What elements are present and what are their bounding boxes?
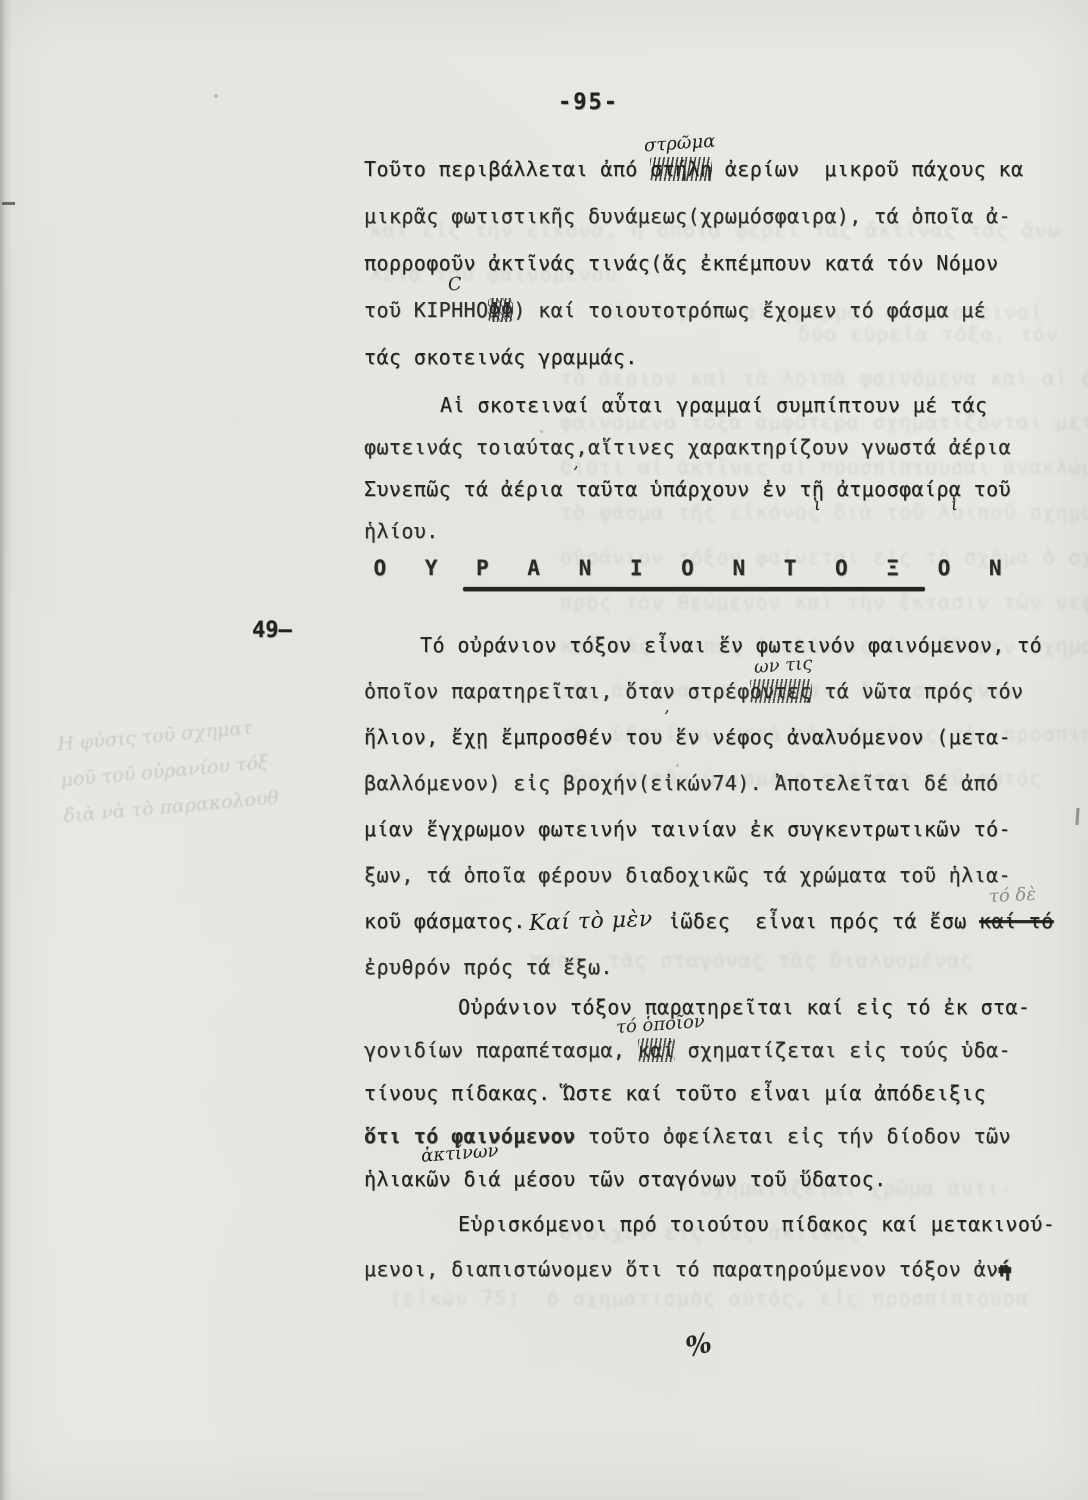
typed-line: ὁποῖον παρατηρεῖται, ὅταν, στρέφοντεςων … bbox=[364, 668, 1084, 714]
typed-text-segment: Εὑρισκόμενοι πρό τοιούτου πίδακος καί με… bbox=[458, 1212, 1055, 1236]
handwritten-annotation: τό ὁποῖον bbox=[615, 1013, 705, 1037]
typed-line: Συνεπῶς τά ἀέρια ταῦτα ὑπάρχουν ἐν τῇι ἀ… bbox=[364, 468, 1084, 510]
typed-line: Τοῦτο περιβάλλεται ἀπό στήληστρῶμα ἀερίω… bbox=[364, 146, 1084, 193]
typed-text-segment: μενοι, διαπιστώνομεν ὅτι τό παρατηρούμεν… bbox=[364, 1257, 999, 1281]
typed-line: ἥλιον, ἔχῃ ἔμπροσθέν του ἕν νέφος ἀναλυό… bbox=[364, 714, 1084, 760]
typed-text-segment: μικρᾶς φωτιστικῆς δυνάμεως(χρωμόσφαιρα),… bbox=[364, 204, 1011, 228]
paragraph-number: 49— bbox=[252, 618, 292, 643]
typed-text-segment: στήληστρῶμα bbox=[650, 157, 712, 181]
typed-line: Εὑρισκόμενοι πρό τοιούτου πίδακος καί με… bbox=[458, 1202, 1084, 1247]
typed-text-segment: ΦΦ bbox=[488, 298, 513, 322]
typed-text-segment: τίνους πίδακας. Ὥστε καί τοῦτο εἶναι μία… bbox=[364, 1081, 986, 1105]
typed-line: Οὐράνιον τόξον παρατηρεῖται καί εἰς τό ἐ… bbox=[458, 986, 1084, 1029]
typed-text-segment: διάἀκτίνων bbox=[451, 1167, 501, 1191]
typed-text-segment: μέσου τῶν σταγόνων τοῦ ὕδατος. bbox=[501, 1167, 887, 1191]
typed-text-segment: ) καί τοιουτοτρόπως ἔχομεν τό φάσμα μέ bbox=[513, 298, 986, 322]
typed-line: μικρᾶς φωτιστικῆς δυνάμεως(χρωμόσφαιρα),… bbox=[364, 193, 1084, 240]
typed-text-segment: φωτεινάς τοιαύτας bbox=[364, 435, 576, 459]
typed-line: μίαν ἔγχρωμον φωτεινήν ταινίαν ἐκ συγκεν… bbox=[364, 806, 1084, 852]
typed-line: βαλλόμενον) εἰς βροχήν(εἰκών74). Ἀποτελε… bbox=[364, 760, 1084, 806]
typed-text-segment: ᾳι bbox=[949, 477, 961, 501]
edge-tick-mark bbox=[2, 202, 15, 205]
typed-text-segment: στρέφ bbox=[675, 679, 750, 703]
typed-text-segment: Συνεπῶς τά ἀέρια ταῦτα ὑπάρχουν ἐν τ bbox=[364, 477, 812, 501]
typed-text-segment: ἀτμοσφαίρ bbox=[824, 477, 948, 501]
typed-text-segment: ἰῶδες εἶναι πρός τά ἔσω bbox=[656, 909, 979, 933]
typed-text-segment: καί τότό δὲ bbox=[979, 909, 1054, 933]
typed-line: Τό οὐράνιον τόξον εἶναι ἕν φωτεινόν φαιν… bbox=[420, 622, 1084, 668]
typed-text-segment: ῇι bbox=[812, 477, 824, 501]
typed-text-segment: αἵτινες χαρακτηρίζουν γνωστά ἀέρια bbox=[588, 435, 1011, 459]
typed-text-segment: καίτό ὁποῖον bbox=[638, 1038, 675, 1062]
typed-text-segment: γονιδίων παραπέτασμα, bbox=[364, 1038, 638, 1062]
typed-text-segment: Τό οὐράνιον τόξον εἶναι ἕν φωτεινόν φαιν… bbox=[420, 633, 1042, 657]
handwritten-annotation: στρῶμα bbox=[644, 133, 716, 156]
typed-text-segment: σχηματίζεται εἰς τούς ὑδα- bbox=[675, 1038, 1011, 1062]
typed-text-segment: ξων, τά ὁποῖα φέρουν διαδοχικῶς τά χρώμα… bbox=[364, 863, 1011, 887]
handwritten-insert: Καί τὸ μὲν bbox=[528, 897, 653, 947]
handwritten-annotation: , bbox=[572, 455, 579, 472]
typed-line: ἡλίου. bbox=[364, 510, 1084, 552]
typed-text-segment: τοῦτο ὀφείλεται εἰς τήν δίοδον τῶν bbox=[576, 1124, 1011, 1148]
page-left-edge-shadow bbox=[0, 0, 12, 1500]
typed-text-segment: ἀερίων μικροῦ πάχους κα bbox=[712, 157, 1023, 181]
typed-line: κοῦ φάσματος.Καί τὸ μὲν ἰῶδες εἶναι πρός… bbox=[364, 898, 1084, 944]
paper-speck bbox=[676, 764, 679, 767]
typed-text-segment: τά νῶτα πρός τόν bbox=[812, 679, 1024, 703]
handwritten-annotation: ων τις bbox=[753, 655, 813, 677]
typed-text-segment: οντεςων τις bbox=[750, 679, 812, 703]
paper-speck bbox=[214, 94, 218, 98]
typed-text-segment: μίαν ἔγχρωμον φωτεινήν ταινίαν ἐκ συγκεν… bbox=[364, 817, 1011, 841]
handwritten-annotation: , bbox=[663, 699, 670, 716]
bottom-handwritten-mark: % bbox=[683, 1327, 715, 1363]
typed-text-segment: τοῦ bbox=[364, 298, 414, 322]
section-heading-text: Ο Υ Ρ Α Ν Ι Ο Ν Τ Ο Ξ Ο Ν bbox=[373, 556, 1014, 580]
typed-text-segment: ὁποῖον παρατηρεῖται, ὅταν, bbox=[364, 679, 675, 703]
typed-text-segment: ,, bbox=[576, 435, 588, 459]
scanned-page: καὶ εἰς τὴν εἰκόνα, ἡ ὁποία φέρει τὰς ἀκ… bbox=[0, 0, 1088, 1500]
margin-pencil-note: Η φύσις τοῦ σχηματμοῦ τοῦ οὐρανίου τόξδι… bbox=[56, 698, 394, 834]
typed-line: ξων, τά ὁποῖα φέρουν διαδοχικῶς τά χρώμα… bbox=[364, 852, 1084, 898]
typed-line: μενοι, διαπιστώνομεν ὅτι τό παρατηρούμεν… bbox=[364, 1247, 1084, 1292]
typed-text-segment: τοῦ bbox=[961, 477, 1011, 501]
typed-text-segment: πορροφοῦν ἀκτῖνάς τινάς(ἅς ἐκπέμπουν κατ… bbox=[364, 251, 999, 275]
typed-line: Αἱ σκοτειναί αὗται γραμμαί συμπίπτουν μέ… bbox=[440, 384, 1084, 426]
paper-speck bbox=[540, 430, 543, 433]
handwritten-annotation: ἀκτίνων bbox=[421, 1142, 500, 1165]
typed-line: τάς σκοτεινάς γραμμάς. bbox=[364, 334, 1084, 381]
section-heading: Ο Υ Ρ Α Ν Ι Ο Ν Τ Ο Ξ Ο Ν bbox=[364, 556, 1024, 591]
typed-paragraph-observer: Εὑρισκόμενοι πρό τοιούτου πίδακος καί με… bbox=[364, 1202, 1084, 1292]
typed-text-segment: βαλλόμενον) εἰς βροχήν(εἰκών74). Ἀποτελε… bbox=[364, 771, 999, 795]
typed-paragraph-rainbow-definition: Τό οὐράνιον τόξον εἶναι ἕν φωτεινόν φαιν… bbox=[364, 622, 1084, 990]
typed-line: ἡλιακῶν διάἀκτίνων μέσου τῶν σταγόνων το… bbox=[364, 1158, 1084, 1201]
typed-text-segment: ΚΙΡΗΗΟC bbox=[414, 298, 489, 322]
handwritten-annotation: C bbox=[447, 276, 462, 295]
typed-line: φωτεινάς τοιαύτας,,αἵτινες χαρακτηρίζουν… bbox=[364, 426, 1084, 468]
typed-line: τοῦ ΚΙΡΗΗΟCΦΦ) καί τοιουτοτρόπως ἔχομεν … bbox=[364, 287, 1084, 334]
typed-line: γονιδίων παραπέτασμα, καίτό ὁποῖον σχημα… bbox=[364, 1029, 1084, 1072]
typed-line: πορροφοῦν ἀκτῖνάς τινάς(ἅς ἐκπέμπουν κατ… bbox=[364, 240, 1084, 287]
typed-text-segment: ή bbox=[999, 1257, 1011, 1281]
typed-paragraph-rainbow-in-spray: Οὐράνιον τόξον παρατηρεῖται καί εἰς τό ἐ… bbox=[364, 986, 1084, 1201]
handwritten-annotation: τό δὲ bbox=[989, 886, 1037, 906]
typed-paragraph-dark-lines: Αἱ σκοτειναί αὗται γραμμαί συμπίπτουν μέ… bbox=[364, 384, 1084, 552]
typed-line: τίνους πίδακας. Ὥστε καί τοῦτο εἶναι μία… bbox=[364, 1072, 1084, 1115]
heading-underline bbox=[463, 587, 925, 591]
typed-text-segment: Αἱ σκοτειναί αὗται γραμμαί συμπίπτουν μέ… bbox=[440, 393, 987, 417]
typed-text-segment: Οὐράνιον τόξον παρατηρεῖται καί εἰς τό ἐ… bbox=[458, 995, 1030, 1019]
typed-paragraph-spectrum: Τοῦτο περιβάλλεται ἀπό στήληστρῶμα ἀερίω… bbox=[364, 146, 1084, 381]
typed-text-segment: ἐρυθρόν πρός τά ἔξω. bbox=[364, 955, 613, 979]
typed-text-segment: ἥλιον, ἔχῃ ἔμπροσθέν του ἕν νέφος ἀναλυό… bbox=[364, 725, 1011, 749]
typed-text-segment: κοῦ φάσματος. bbox=[364, 909, 526, 933]
typed-text-segment: ἡλίου. bbox=[364, 519, 439, 543]
bleedthrough-line: πρὸς τὸν θεώμενον καὶ τὴν ἔκτασιν τῶν νε… bbox=[560, 590, 1088, 614]
page-number: -95- bbox=[558, 90, 619, 115]
typed-text-segment: τάς σκοτεινάς γραμμάς. bbox=[364, 345, 638, 369]
typed-text-segment: ἡλιακῶν bbox=[364, 1167, 451, 1191]
typed-text-segment: Τοῦτο περιβάλλεται ἀπό bbox=[364, 157, 650, 181]
typed-line: ἐρυθρόν πρός τά ἔξω. bbox=[364, 944, 1084, 990]
